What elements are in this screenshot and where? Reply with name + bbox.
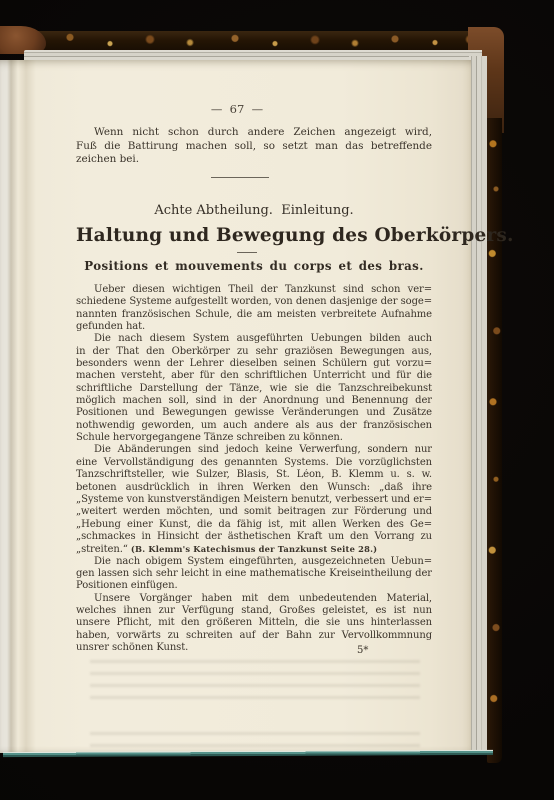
text-line: Positionen einfügen. xyxy=(76,580,432,592)
paragraph: Die nach obigem System eingeführten, aus… xyxy=(76,556,432,593)
text-line: „streiten.“ (B. Klemm's Katechismus der … xyxy=(76,543,432,555)
text-line: machen versteht, aber für den schriftlic… xyxy=(76,370,432,382)
text-line: schiedene Systeme aufgestellt worden, vo… xyxy=(76,296,432,308)
text-line: möglich machen soll, sind in der Anordnu… xyxy=(76,395,432,407)
heading-rule xyxy=(237,252,257,253)
text-line: haben, vorwärts zu schreiten auf der Bah… xyxy=(76,630,432,642)
text-line: „weitert werden möchten, und somit beitr… xyxy=(76,506,432,518)
text-line: Fuß die Battirung machen soll, so setzt … xyxy=(76,140,432,154)
page-bottom-teal-edge xyxy=(3,750,493,757)
text-line: zeichen bei. xyxy=(76,153,432,167)
paragraph: Unsere Vorgänger haben mit dem unbedeute… xyxy=(76,593,432,655)
text-line: Ueber diesen wichtigen Theil der Tanzkun… xyxy=(76,284,432,296)
text-line: Tanzschriftsteller, wie Sulzer, Blasis, … xyxy=(76,469,432,481)
page-stack-right-edge xyxy=(469,56,487,750)
text-line: „Hebung einer Kunst, die da fähig ist, m… xyxy=(76,519,432,531)
reverse-side-show-through xyxy=(90,732,420,748)
text-line: Schule hervorgegangene Tänze schreiben z… xyxy=(76,432,432,444)
book-cover-marbled-strip xyxy=(487,118,502,763)
text-line: in der That den Oberkörper zu sehr grazi… xyxy=(76,346,432,358)
signature-mark: 5* xyxy=(357,645,368,656)
text-line: betonen ausdrücklich in ihren Werken den… xyxy=(76,482,432,494)
page-number: — 67 — xyxy=(59,102,415,116)
text-line: welches ihnen zur Verfügung stand, Große… xyxy=(76,605,432,617)
text-line: Wenn nicht schon durch andere Zeichen an… xyxy=(76,126,432,140)
separator-rule xyxy=(211,177,269,178)
body-text: Ueber diesen wichtigen Theil der Tanzkun… xyxy=(76,284,432,654)
text-line: Die nach diesem System ausgeführten Uebu… xyxy=(76,333,432,345)
text-line: schriftliche Darstellung der Tänze, wie … xyxy=(76,383,432,395)
text-line: eine Vervollständigung des genannten Sys… xyxy=(76,457,432,469)
text-line: „Systeme von kunstverständigen Meistern … xyxy=(76,494,432,506)
chapter-title: Haltung und Bewegung des Oberkörpers. xyxy=(76,224,432,247)
text-line: nothwendig geworden, um auch andere als … xyxy=(76,420,432,432)
text-line: Die Abänderungen sind jedoch keine Verwe… xyxy=(76,444,432,456)
text-line: gen lassen sich sehr leicht in eine math… xyxy=(76,568,432,580)
text-line: besonders wenn der Lehrer dieselben sein… xyxy=(76,358,432,370)
text-line: Positionen und Bewegungen gewisse Veränd… xyxy=(76,407,432,419)
text-line: unsere Pflicht, mit den größeren Mitteln… xyxy=(76,617,432,629)
paragraph: Ueber diesen wichtigen Theil der Tanzkun… xyxy=(76,284,432,333)
french-subtitle: Positions et mouvements du corps et des … xyxy=(76,259,432,273)
reverse-side-show-through xyxy=(90,660,420,708)
text-line: „schmackes in Hinsicht der ästhetischen … xyxy=(76,531,432,543)
text-line: unsrer schönen Kunst. xyxy=(76,642,432,654)
citation: (B. Klemm's Katechismus der Tanzkunst Se… xyxy=(131,544,377,554)
text-line: Unsere Vorgänger haben mit dem unbedeute… xyxy=(76,593,432,605)
book-top-marbled-edge xyxy=(0,31,500,52)
section-heading: Achte Abtheilung. Einleitung. xyxy=(76,203,432,218)
paragraph: Die nach diesem System ausgeführten Uebu… xyxy=(76,333,432,444)
intro-paragraph: Wenn nicht schon durch andere Zeichen an… xyxy=(76,126,432,167)
scan-background: — 67 — Wenn nicht schon durch andere Zei… xyxy=(0,0,554,800)
paragraph: Die Abänderungen sind jedoch keine Verwe… xyxy=(76,444,432,555)
text-line: nannten französischen Schule, die am mei… xyxy=(76,309,432,321)
text-line: gefunden hat. xyxy=(76,321,432,333)
book-page: — 67 — Wenn nicht schon durch andere Zei… xyxy=(0,60,471,753)
text-line: Die nach obigem System eingeführten, aus… xyxy=(76,556,432,568)
